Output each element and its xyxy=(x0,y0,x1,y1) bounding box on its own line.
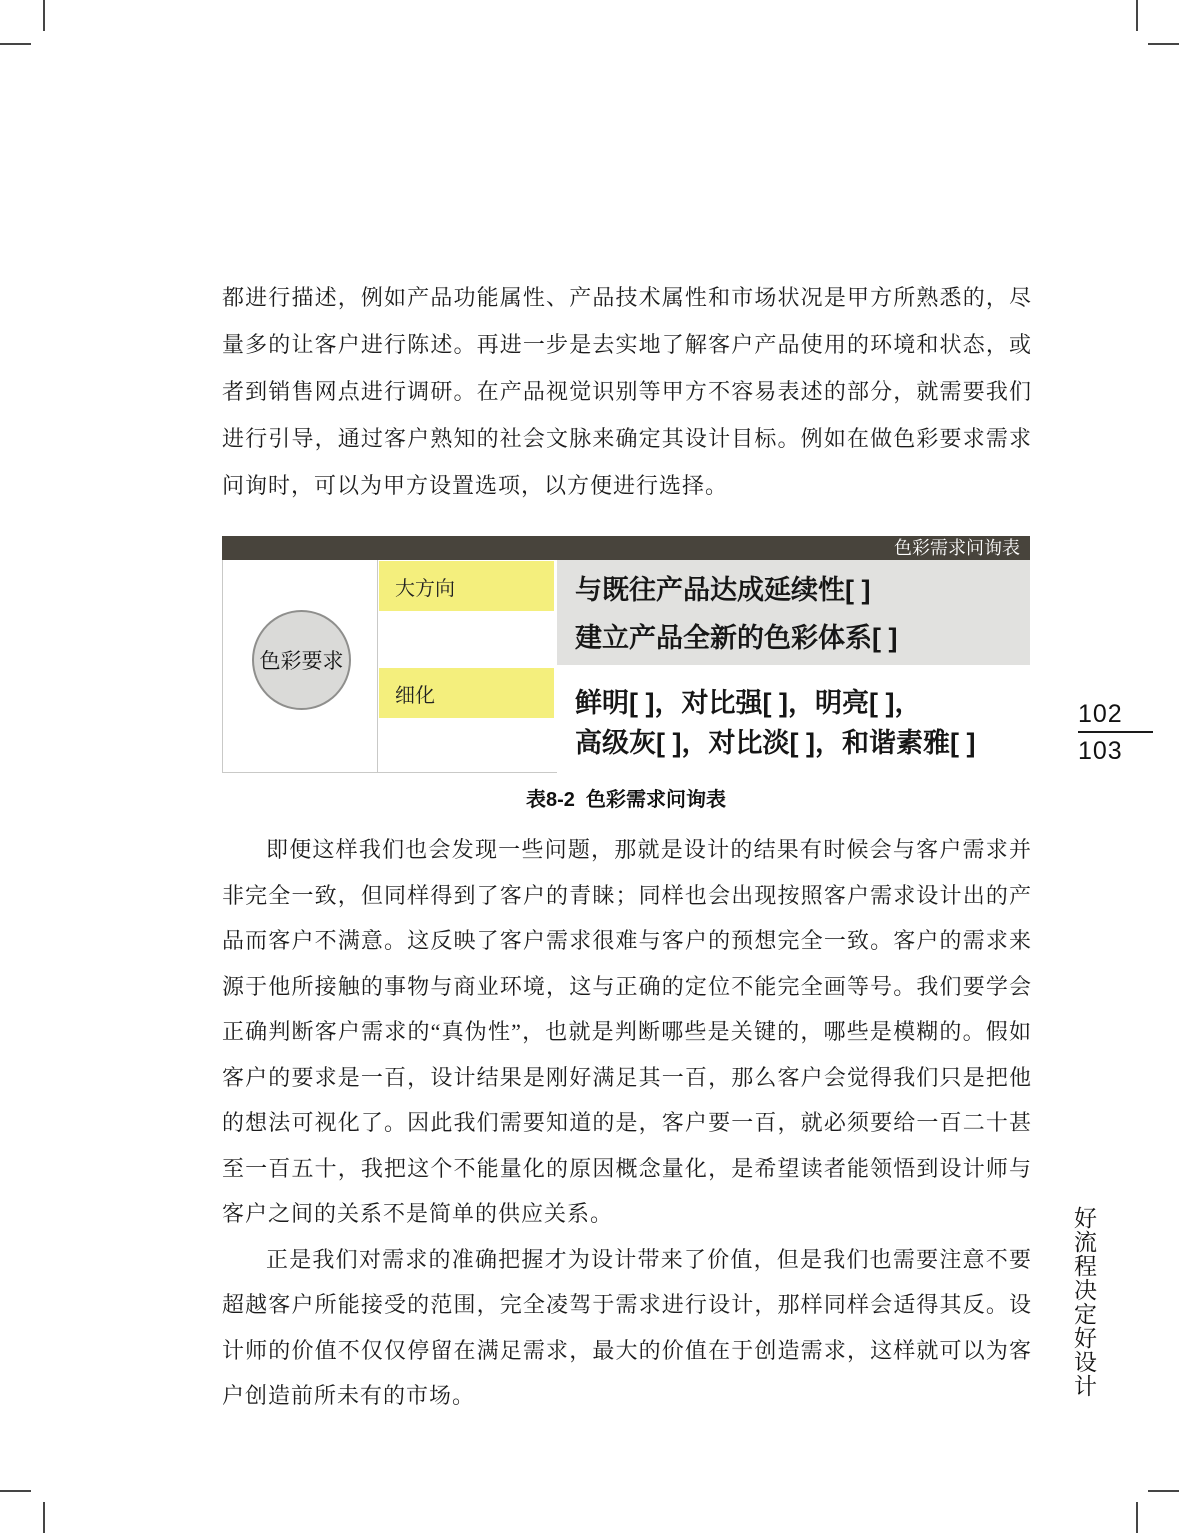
crop-mark-top-left-horizontal xyxy=(0,43,31,45)
crop-mark-bottom-left-horizontal xyxy=(0,1490,31,1492)
option-line: 高级灰[ ]，对比淡[ ]，和谐素雅[ ] xyxy=(575,723,1030,763)
paragraph-text: 正是我们对需求的准确把握才为设计带来了价值，但是我们也需要注意不要超越客户所能接… xyxy=(222,1237,1032,1419)
category-cell-refine: 细化 xyxy=(379,668,554,718)
options-cell-direction: 与既往产品达成延续性[ ] 建立产品全新的色彩体系[ ] xyxy=(557,560,1030,665)
table-header-bar: 色彩需求问询表 xyxy=(222,536,1030,560)
color-inquiry-table: 色彩需求问询表 色彩要求 大方向 细化 与既往产品达成延续性[ ] 建立产品全新… xyxy=(222,536,1030,773)
category-label: 细化 xyxy=(395,679,435,708)
table-caption: 表8-2 色彩需求问询表 xyxy=(222,783,1030,812)
paragraph-text: 即便这样我们也会发现一些问题，那就是设计的结果有时候会与客户需求并非完全一致，但… xyxy=(222,827,1032,1237)
option-line: 与既往产品达成延续性[ ] xyxy=(575,566,1030,614)
page-number-block: 102 103 xyxy=(1078,701,1153,764)
options-cell-refine: 鲜明[ ]，对比强[ ]，明亮[ ]， 高级灰[ ]，对比淡[ ]，和谐素雅[ … xyxy=(557,665,1030,773)
subject-circle: 色彩要求 xyxy=(252,610,351,710)
option-line: 建立产品全新的色彩体系[ ] xyxy=(575,614,1030,662)
page-number-next: 103 xyxy=(1078,738,1153,764)
body-paragraph-1: 都进行描述，例如产品功能属性、产品技术属性和市场状况是甲方所熟悉的，尽量多的让客… xyxy=(222,274,1032,509)
table-body: 色彩要求 大方向 细化 与既往产品达成延续性[ ] 建立产品全新的色彩体系[ ]… xyxy=(222,560,1030,773)
crop-mark-bottom-right-horizontal xyxy=(1148,1490,1179,1492)
crop-mark-bottom-left-vertical xyxy=(43,1502,45,1533)
book-title-vertical: 好流程决定好设计 xyxy=(1068,1206,1101,1406)
category-cell-direction: 大方向 xyxy=(379,561,554,611)
category-label: 大方向 xyxy=(395,572,455,601)
page-number-current: 102 xyxy=(1078,701,1153,727)
page-number-divider-line xyxy=(1078,731,1153,733)
body-paragraphs-2-3: 即便这样我们也会发现一些问题，那就是设计的结果有时候会与客户需求并非完全一致，但… xyxy=(222,827,1032,1419)
book-page: 都进行描述，例如产品功能属性、产品技术属性和市场状况是甲方所熟悉的，尽量多的让客… xyxy=(0,0,1179,1533)
table-header-title: 色彩需求问询表 xyxy=(894,538,1020,558)
option-line: 鲜明[ ]，对比强[ ]，明亮[ ]， xyxy=(575,683,1030,723)
crop-mark-top-right-horizontal xyxy=(1148,43,1179,45)
crop-mark-top-left-vertical xyxy=(43,0,45,31)
crop-mark-top-right-vertical xyxy=(1136,0,1138,31)
crop-mark-bottom-right-vertical xyxy=(1136,1502,1138,1533)
subject-label: 色彩要求 xyxy=(260,645,344,675)
paragraph-text: 都进行描述，例如产品功能属性、产品技术属性和市场状况是甲方所熟悉的，尽量多的让客… xyxy=(222,274,1032,509)
column-divider-line xyxy=(377,560,378,772)
